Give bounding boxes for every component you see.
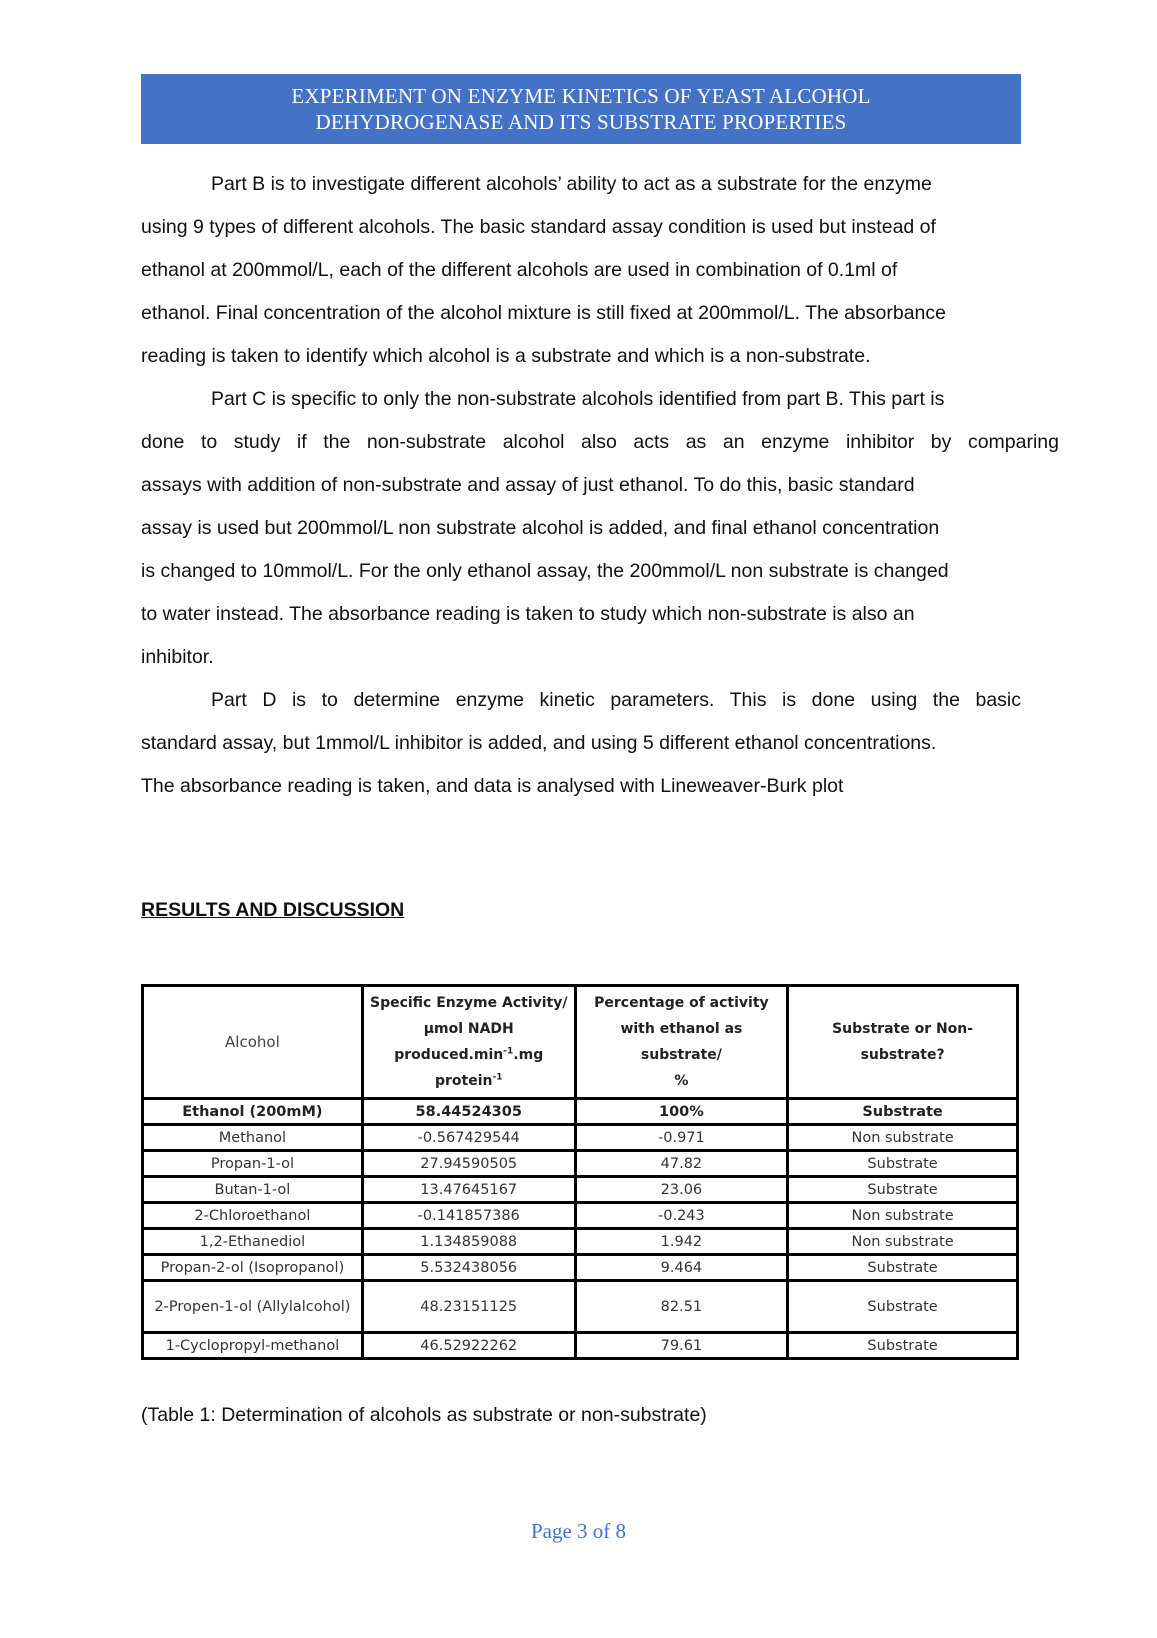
cell-percent: 23.06: [575, 1177, 788, 1203]
cell-classification: Substrate: [788, 1281, 1018, 1333]
title-line-1: EXPERIMENT ON ENZYME KINETICS OF YEAST A…: [141, 83, 1021, 109]
header-alcohol: Alcohol: [143, 986, 363, 1099]
part-d-line-2: standard assay, but 1mmol/L inhibitor is…: [141, 722, 1059, 765]
table-row: 2-Propen-1-ol (Allylalcohol) 48.23151125…: [143, 1281, 1018, 1333]
cell-alcohol: Methanol: [143, 1125, 363, 1151]
part-c-line-5: is changed to 10mmol/L. For the only eth…: [141, 550, 1059, 593]
cell-percent: 47.82: [575, 1151, 788, 1177]
cell-classification: Substrate: [788, 1099, 1018, 1125]
cell-alcohol: Butan-1-ol: [143, 1177, 363, 1203]
document-title-banner: EXPERIMENT ON ENZYME KINETICS OF YEAST A…: [141, 74, 1021, 144]
cell-alcohol: 2-Propen-1-ol (Allylalcohol): [143, 1281, 363, 1333]
table-row: Propan-2-ol (Isopropanol) 5.532438056 9.…: [143, 1255, 1018, 1281]
cell-alcohol: 1,2-Ethanediol: [143, 1229, 363, 1255]
page-number: Page 3 of 8: [0, 1519, 1157, 1544]
cell-activity: 58.44524305: [362, 1099, 575, 1125]
header-specific-activity: Specific Enzyme Activity/ µmol NADH prod…: [362, 986, 575, 1099]
part-b-line-5: reading is taken to identify which alcoh…: [141, 335, 1059, 378]
part-c-line-2: done to study if the non-substrate alcoh…: [141, 421, 1059, 464]
part-d-line-3: The absorbance reading is taken, and dat…: [141, 765, 1059, 808]
cell-activity: 1.134859088: [362, 1229, 575, 1255]
table-row: 1-Cyclopropyl-methanol 46.52922262 79.61…: [143, 1333, 1018, 1359]
cell-activity: 5.532438056: [362, 1255, 575, 1281]
part-b-line-1: Part B is to investigate different alcoh…: [141, 163, 1059, 206]
part-b-line-3: ethanol at 200mmol/L, each of the differ…: [141, 249, 1059, 292]
table-row: Ethanol (200mM) 58.44524305 100% Substra…: [143, 1099, 1018, 1125]
table-row: 2-Chloroethanol -0.141857386 -0.243 Non …: [143, 1203, 1018, 1229]
title-line-2: DEHYDROGENASE AND ITS SUBSTRATE PROPERTI…: [141, 109, 1021, 135]
cell-classification: Substrate: [788, 1333, 1018, 1359]
cell-alcohol: Propan-1-ol: [143, 1151, 363, 1177]
cell-alcohol: 2-Chloroethanol: [143, 1203, 363, 1229]
header-classification: Substrate or Non-substrate?: [788, 986, 1018, 1099]
cell-activity: 13.47645167: [362, 1177, 575, 1203]
cell-activity: 46.52922262: [362, 1333, 575, 1359]
cell-alcohol: Propan-2-ol (Isopropanol): [143, 1255, 363, 1281]
part-c-line-4: assay is used but 200mmol/L non substrat…: [141, 507, 1059, 550]
cell-percent: 79.61: [575, 1333, 788, 1359]
part-c-line-1: Part C is specific to only the non-subst…: [141, 378, 1059, 421]
cell-alcohol: 1-Cyclopropyl-methanol: [143, 1333, 363, 1359]
cell-alcohol: Ethanol (200mM): [143, 1099, 363, 1125]
part-c-line-3: assays with addition of non-substrate an…: [141, 464, 1059, 507]
cell-percent: -0.971: [575, 1125, 788, 1151]
cell-activity: -0.567429544: [362, 1125, 575, 1151]
cell-percent: -0.243: [575, 1203, 788, 1229]
table-row: 1,2-Ethanediol 1.134859088 1.942 Non sub…: [143, 1229, 1018, 1255]
cell-classification: Non substrate: [788, 1125, 1018, 1151]
part-b-line-2: using 9 types of different alcohols. The…: [141, 206, 1059, 249]
table-caption: (Table 1: Determination of alcohols as s…: [141, 1404, 707, 1427]
cell-classification: Substrate: [788, 1255, 1018, 1281]
cell-classification: Non substrate: [788, 1203, 1018, 1229]
results-heading: RESULTS AND DISCUSSION: [141, 899, 404, 922]
alcohol-substrate-table: Alcohol Specific Enzyme Activity/ µmol N…: [141, 984, 1019, 1360]
cell-activity: -0.141857386: [362, 1203, 575, 1229]
cell-percent: 100%: [575, 1099, 788, 1125]
table-row: Propan-1-ol 27.94590505 47.82 Substrate: [143, 1151, 1018, 1177]
table-header-row: Alcohol Specific Enzyme Activity/ µmol N…: [143, 986, 1018, 1099]
methods-text: Part B is to investigate different alcoh…: [141, 163, 1059, 808]
cell-classification: Non substrate: [788, 1229, 1018, 1255]
part-c-line-7: inhibitor.: [141, 636, 1059, 679]
cell-classification: Substrate: [788, 1151, 1018, 1177]
part-b-line-4: ethanol. Final concentration of the alco…: [141, 292, 1059, 335]
table-row: Methanol -0.567429544 -0.971 Non substra…: [143, 1125, 1018, 1151]
cell-percent: 82.51: [575, 1281, 788, 1333]
part-d-line-1: Part D is to determine enzyme kinetic pa…: [141, 679, 1021, 722]
header-percentage-activity: Percentage of activity with ethanol as s…: [575, 986, 788, 1099]
cell-activity: 27.94590505: [362, 1151, 575, 1177]
cell-classification: Substrate: [788, 1177, 1018, 1203]
cell-activity: 48.23151125: [362, 1281, 575, 1333]
part-c-line-6: to water instead. The absorbance reading…: [141, 593, 1059, 636]
cell-percent: 1.942: [575, 1229, 788, 1255]
table-row: Butan-1-ol 13.47645167 23.06 Substrate: [143, 1177, 1018, 1203]
cell-percent: 9.464: [575, 1255, 788, 1281]
